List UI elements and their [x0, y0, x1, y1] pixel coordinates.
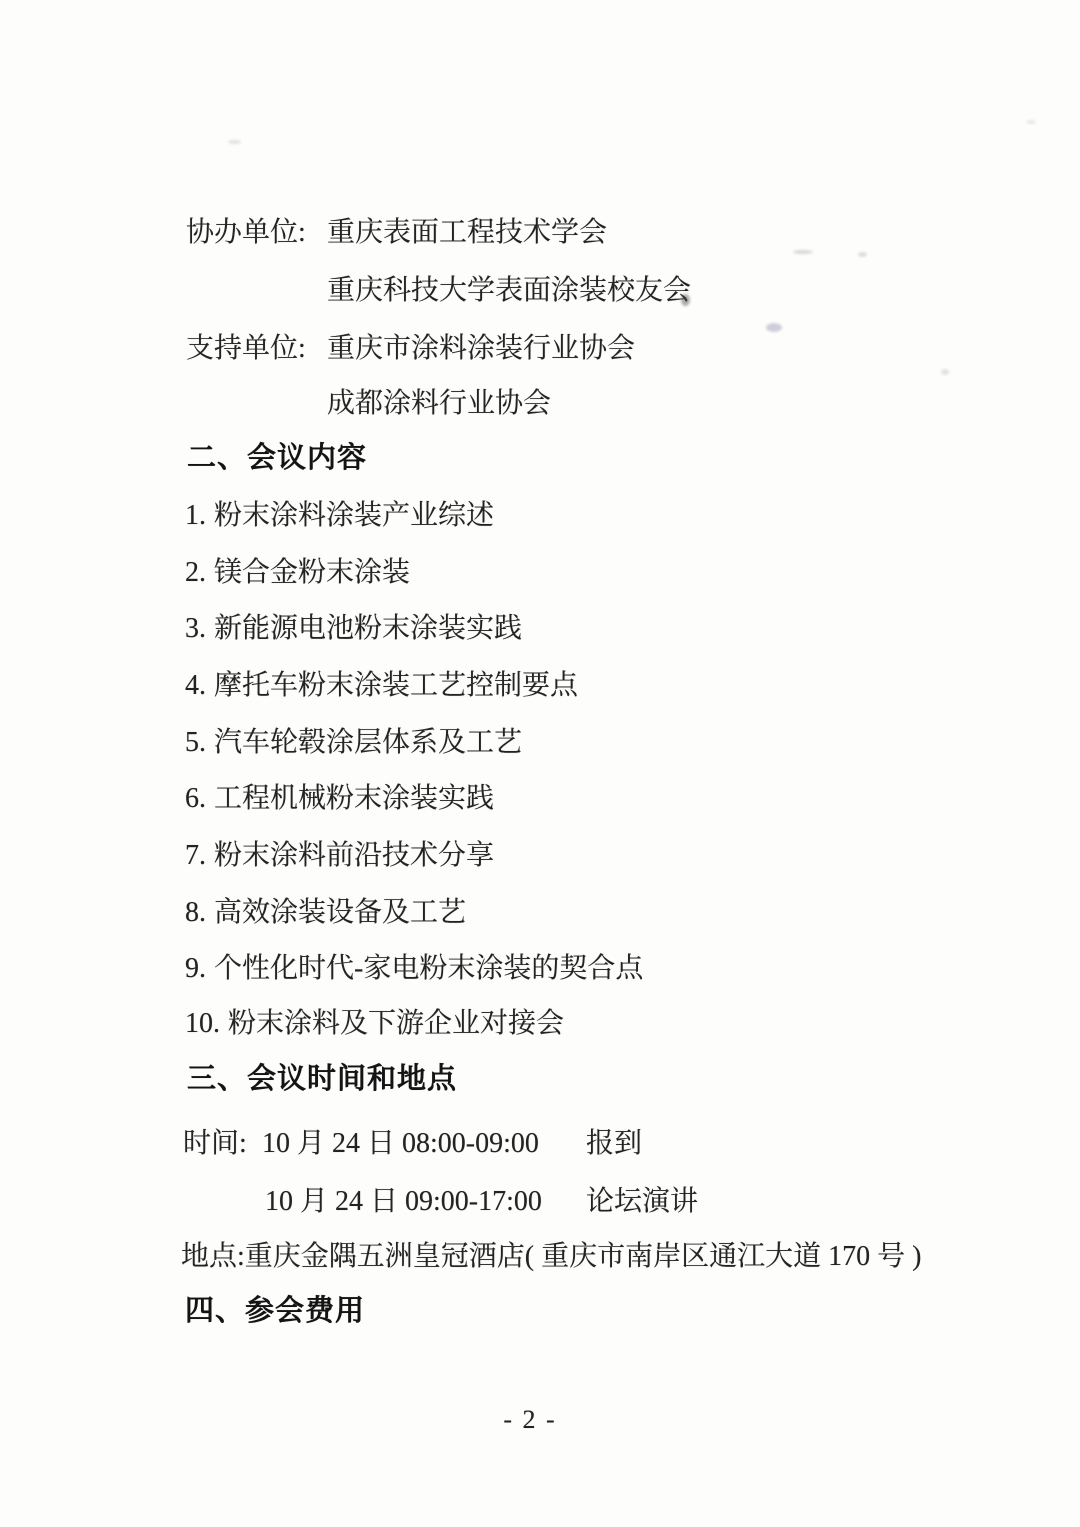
location-label: 地点: [181, 1241, 245, 1272]
item-text: 粉末涂料及下游企业对接会 [228, 1008, 564, 1039]
agenda-item-7: 7.粉末涂料前沿技术分享 [185, 839, 494, 873]
event-registration: 报到 [586, 1127, 642, 1161]
document-page: 协办单位: 重庆表面工程技术学会 重庆科技大学表面涂装校友会 支持单位: 重庆市… [0, 0, 1080, 1527]
item-text: 镁合金粉末涂装 [214, 557, 410, 588]
scan-artifact [1026, 120, 1036, 124]
time-value-forum: 10 月 24 日 09:00-17:00 [265, 1185, 542, 1219]
agenda-item-8: 8.高效涂装设备及工艺 [185, 896, 466, 930]
agenda-item-3: 3.新能源电池粉末涂装实践 [185, 612, 522, 646]
item-text: 个性化时代-家电粉末涂装的契合点 [214, 953, 643, 984]
item-text: 粉末涂料涂装产业综述 [214, 500, 494, 531]
location-value: 重庆金隅五洲皇冠酒店( 重庆市南岸区通江大道 170 号 ) [245, 1241, 922, 1272]
agenda-item-1: 1.粉末涂料涂装产业综述 [185, 499, 494, 533]
item-text: 新能源电池粉末涂装实践 [214, 613, 522, 644]
page-number: - 2 - [0, 1404, 1060, 1435]
scan-artifact [228, 140, 241, 144]
item-number: 1. [185, 499, 206, 533]
item-number: 6. [185, 782, 206, 816]
scan-artifact [858, 252, 867, 257]
item-number: 5. [185, 726, 206, 760]
supporting-org-label: 支持单位: [186, 332, 306, 366]
time-value-registration: 10 月 24 日 08:00-09:00 [262, 1127, 539, 1161]
item-number: 8. [185, 896, 206, 930]
event-forum: 论坛演讲 [586, 1185, 698, 1219]
agenda-item-4: 4.摩托车粉末涂装工艺控制要点 [185, 669, 578, 703]
agenda-item-2: 2.镁合金粉末涂装 [185, 556, 410, 590]
item-number: 2. [185, 556, 206, 590]
agenda-item-6: 6.工程机械粉末涂装实践 [185, 782, 494, 816]
scan-artifact [941, 369, 949, 375]
item-text: 粉末涂料前沿技术分享 [214, 840, 494, 871]
item-number: 10. [185, 1007, 220, 1041]
section-heading-time-location: 三、会议时间和地点 [187, 1062, 457, 1097]
scan-artifact [793, 250, 813, 254]
scan-artifact [681, 294, 690, 306]
item-number: 3. [185, 612, 206, 646]
supporting-org-value: 重庆市涂料涂装行业协会 [327, 332, 635, 366]
item-text: 摩托车粉末涂装工艺控制要点 [214, 670, 578, 701]
item-number: 4. [185, 669, 206, 703]
item-text: 工程机械粉末涂装实践 [214, 783, 494, 814]
agenda-item-9: 9.个性化时代-家电粉末涂装的契合点 [185, 952, 643, 986]
co-organizer-label: 协办单位: [186, 216, 306, 250]
section-heading-fees: 四、参会费用 [185, 1294, 365, 1329]
co-organizer-value: 重庆表面工程技术学会 [327, 216, 607, 250]
agenda-item-5: 5.汽车轮毂涂层体系及工艺 [185, 726, 522, 760]
agenda-item-10: 10.粉末涂料及下游企业对接会 [185, 1007, 564, 1041]
item-number: 7. [185, 839, 206, 873]
scan-artifact [766, 323, 782, 332]
item-text: 汽车轮毂涂层体系及工艺 [214, 727, 522, 758]
item-text: 高效涂装设备及工艺 [214, 897, 466, 928]
time-label: 时间: [183, 1127, 247, 1161]
location-line: 地点:重庆金隅五洲皇冠酒店( 重庆市南岸区通江大道 170 号 ) [181, 1240, 921, 1274]
supporting-org-value-2: 成都涂料行业协会 [327, 387, 551, 421]
co-organizer-value-2: 重庆科技大学表面涂装校友会 [327, 274, 691, 308]
section-heading-content: 二、会议内容 [187, 441, 367, 476]
item-number: 9. [185, 952, 206, 986]
